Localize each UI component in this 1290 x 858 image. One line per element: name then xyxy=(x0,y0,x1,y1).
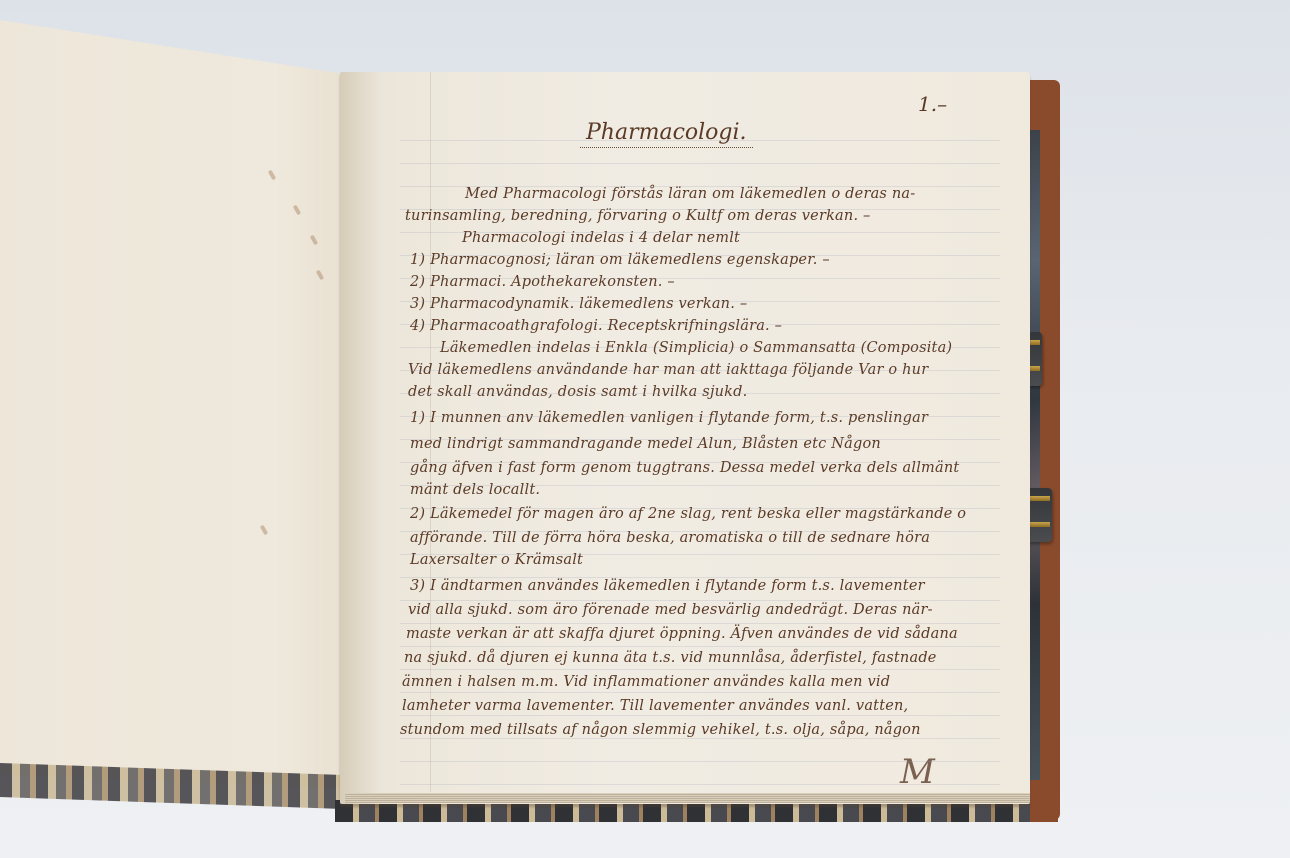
page-title: Pharmacologi. xyxy=(580,120,753,148)
ruled-line xyxy=(400,347,1000,348)
ruled-line xyxy=(400,393,1000,394)
ruled-line xyxy=(400,692,1000,693)
text-line: afförande. Till de förra höra beska, aro… xyxy=(410,530,930,546)
ruled-line xyxy=(400,301,1000,302)
text-line: 3) Pharmacodynamik. läkemedlens verkan. … xyxy=(410,296,747,312)
ruled-line xyxy=(400,370,1000,371)
ruled-line xyxy=(400,324,1000,325)
notebook-photo: 1.– Pharmacologi. Med Pharmacologi först… xyxy=(0,0,1290,858)
ruled-line xyxy=(400,439,1000,440)
text-line: lamheter varma lavementer. Till lavement… xyxy=(402,698,908,714)
page-number: 1.– xyxy=(918,92,947,116)
bottom-leather-corner xyxy=(1030,780,1058,822)
text-line: 2) Pharmaci. Apothekarekonsten. – xyxy=(410,274,675,290)
text-line: ämnen i halsen m.m. Vid inflammationer a… xyxy=(402,674,890,690)
ruled-line xyxy=(400,715,1000,716)
text-line: Med Pharmacologi förstås läran om läkeme… xyxy=(465,186,915,202)
left-page-blank xyxy=(0,20,392,790)
ruled-line xyxy=(400,278,1000,279)
text-line: det skall användas, dosis samt i hvilka … xyxy=(408,384,747,400)
ruled-line xyxy=(400,738,1000,739)
ruled-line xyxy=(400,646,1000,647)
ruled-line xyxy=(400,255,1000,256)
ruled-line xyxy=(400,623,1000,624)
ruled-line xyxy=(400,140,1000,141)
text-line: 4) Pharmacoathgrafologi. Receptskrifning… xyxy=(410,318,782,334)
ruled-line xyxy=(400,209,1000,210)
text-line: turinsamling, beredning, förvaring o Kul… xyxy=(405,208,871,224)
text-line: maste verkan är att skaffa djuret öppnin… xyxy=(406,626,958,642)
signature-flourish: M xyxy=(900,752,935,792)
ruled-line xyxy=(400,485,1000,486)
ruled-line xyxy=(400,577,1000,578)
ruled-line xyxy=(400,600,1000,601)
ruled-line xyxy=(400,761,1000,762)
ruled-line xyxy=(400,163,1000,164)
ruled-line xyxy=(400,554,1000,555)
ruled-line xyxy=(400,531,1000,532)
text-line: stundom med tillsats af någon slemmig ve… xyxy=(400,722,921,738)
text-line: vid alla sjukd. som äro förenade med bes… xyxy=(408,602,933,618)
page-stack-edge xyxy=(345,793,1030,803)
ruled-line xyxy=(400,669,1000,670)
text-line: na sjukd. då djuren ej kunna äta t.s. vi… xyxy=(404,650,937,666)
stain-mark xyxy=(293,205,301,216)
ruled-line xyxy=(400,416,1000,417)
ruled-line xyxy=(400,784,1000,785)
text-line: 3) I ändtarmen användes läkemedlen i fly… xyxy=(410,578,925,594)
stain-mark xyxy=(268,170,276,181)
ruled-line xyxy=(400,508,1000,509)
stain-mark xyxy=(310,235,318,246)
text-line: Läkemedlen indelas i Enkla (Simplicia) o… xyxy=(440,340,952,356)
ruled-line xyxy=(400,186,1000,187)
stain-mark xyxy=(316,270,324,281)
ruled-line xyxy=(400,232,1000,233)
ruled-line xyxy=(400,462,1000,463)
stain-mark xyxy=(260,525,268,536)
text-line: 1) I munnen anv läkemedlen vanligen i fl… xyxy=(410,410,928,426)
